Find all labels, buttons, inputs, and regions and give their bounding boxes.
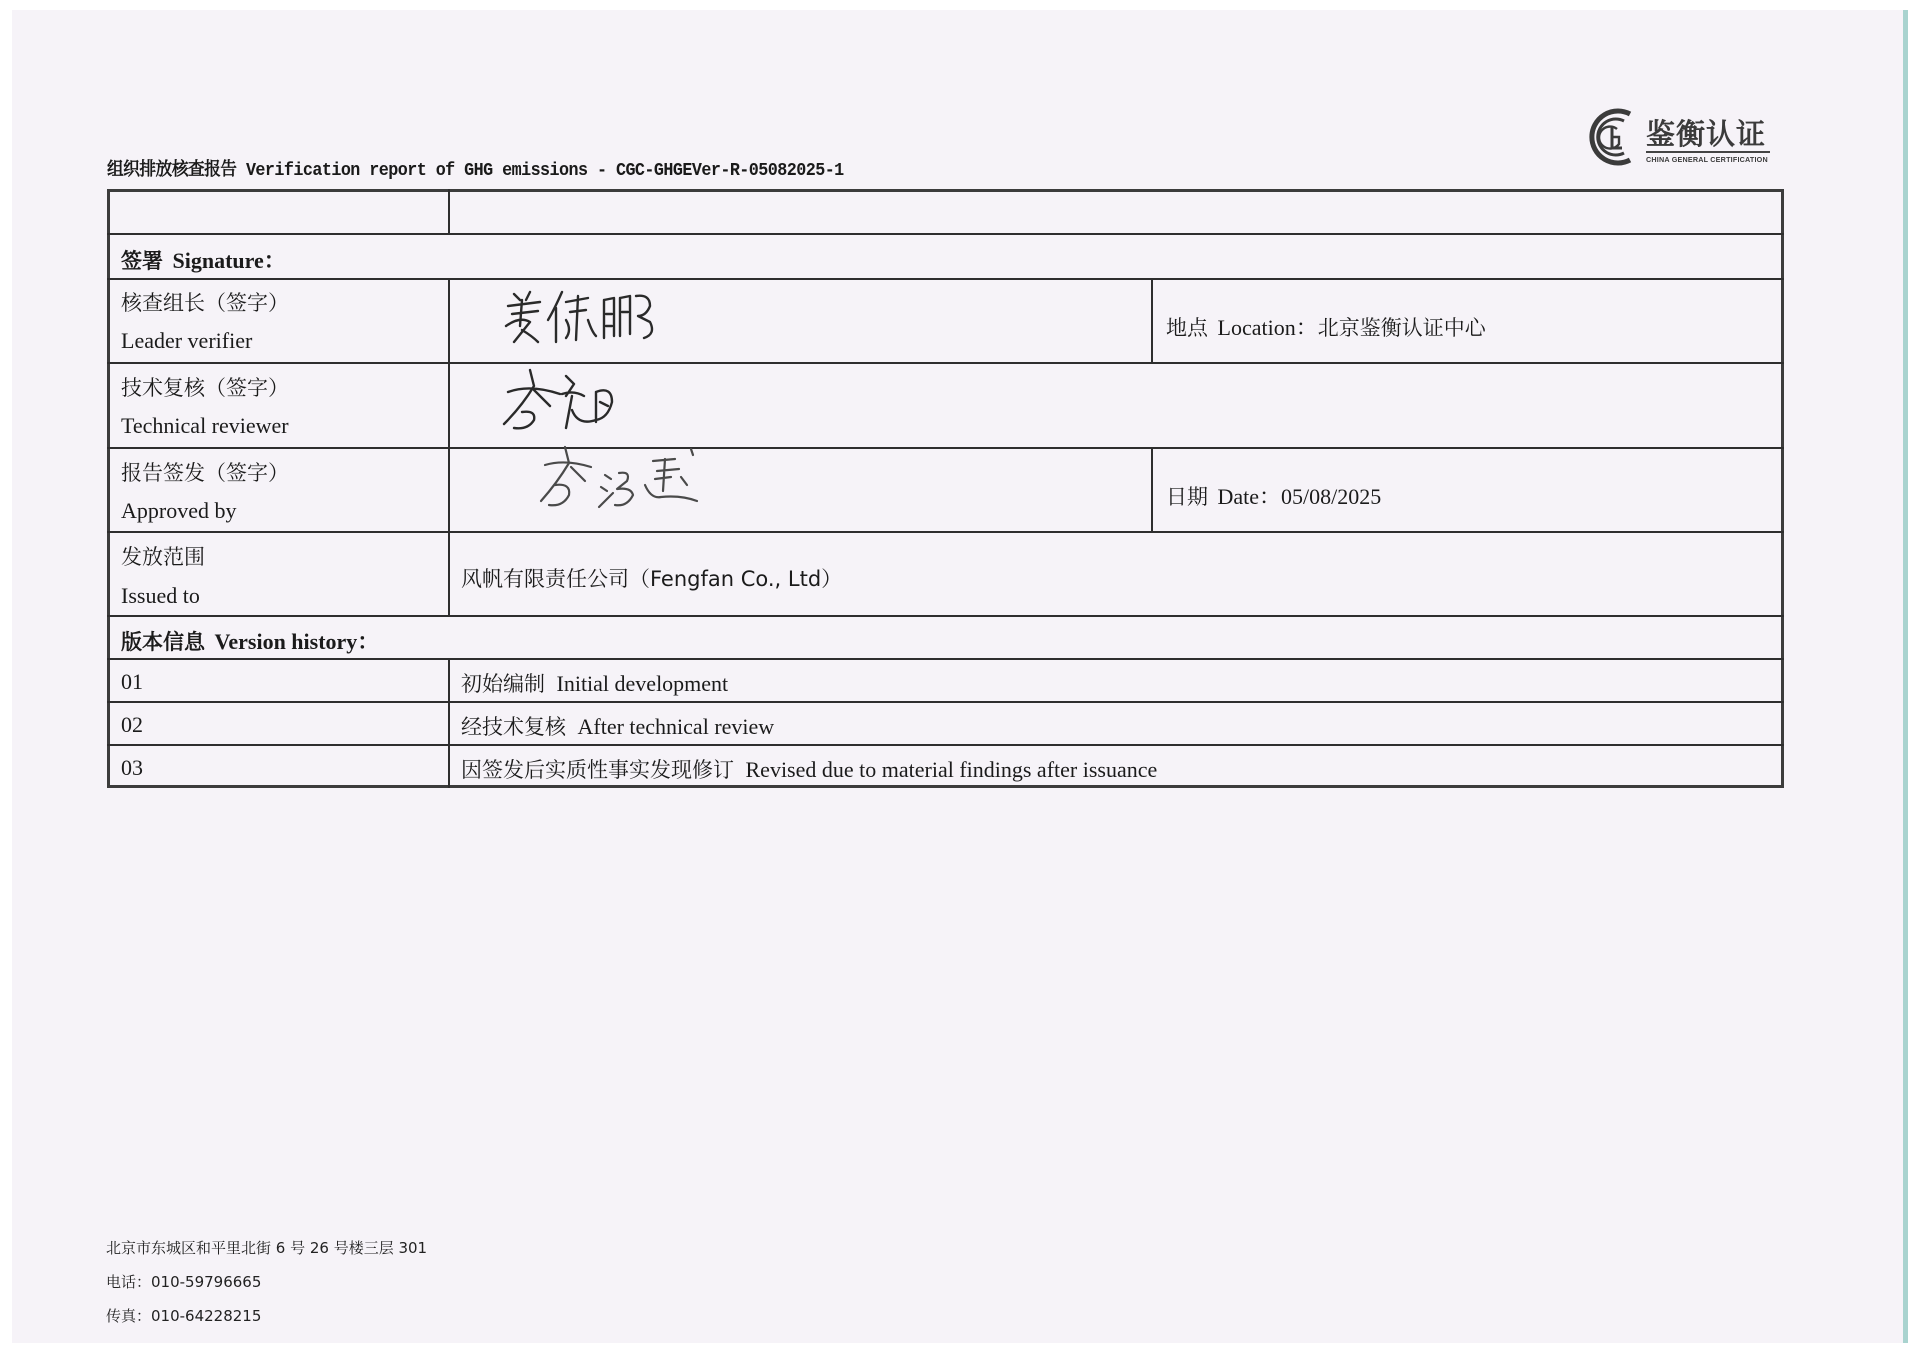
version-description: 经技术复核 After technical review	[461, 711, 774, 741]
column-divider	[448, 189, 450, 234]
technical-reviewer-label-cn: 技术复核（签字）	[121, 372, 289, 402]
row-divider	[107, 744, 1784, 746]
date-label-cn: 日期	[1166, 485, 1208, 509]
version-desc-cn: 因签发后实质性事实发现修订	[461, 758, 734, 782]
version-number: 02	[121, 712, 143, 738]
date-field: 日期 Date：05/08/2025	[1166, 480, 1381, 511]
row-divider	[107, 362, 1784, 364]
logo-divider	[1646, 151, 1770, 153]
leader-verifier-label-en: Leader verifier	[121, 328, 252, 354]
cgc-circle-logo-icon	[1586, 104, 1646, 170]
logo-name-en: CHINA GENERAL CERTIFICATION	[1646, 155, 1768, 164]
location-field: 地点 Location：北京鉴衡认证中心	[1166, 311, 1486, 342]
version-number: 03	[121, 755, 143, 781]
issued-to-label-en: Issued to	[121, 583, 200, 609]
column-divider	[1151, 447, 1153, 532]
signature-section-label-cn: 签署	[121, 249, 163, 273]
footer-phone: 电话：010-59796665	[106, 1271, 261, 1292]
signature-section-title: 签署 Signature：	[121, 244, 286, 275]
document-title: 组织排放核查报告 Verification report of GHG emis…	[107, 155, 844, 181]
version-section-title: 版本信息 Version history：	[121, 625, 379, 656]
date-value: 05/08/2025	[1281, 484, 1381, 509]
row-divider	[107, 658, 1784, 660]
version-description: 初始编制 Initial development	[461, 668, 728, 698]
issued-to-value: 风帆有限责任公司（Fengfan Co., Ltd）	[461, 563, 842, 593]
version-section-label-cn: 版本信息	[121, 630, 205, 654]
technical-reviewer-label-en: Technical reviewer	[121, 413, 289, 439]
row-divider	[107, 447, 1784, 449]
signature-section-label-en: Signature：	[173, 248, 286, 273]
column-divider	[1151, 278, 1153, 363]
column-divider	[448, 658, 450, 788]
row-divider	[107, 531, 1784, 533]
date-label-en: Date：	[1218, 484, 1282, 509]
version-number: 01	[121, 669, 143, 695]
logo-name-cn: 鉴衡认证	[1646, 112, 1766, 153]
footer-address: 北京市东城区和平里北街 6 号 26 号楼三层 301	[106, 1237, 427, 1258]
version-description: 因签发后实质性事实发现修订 Revised due to material fi…	[461, 754, 1157, 784]
version-section-label-en: Version history：	[215, 629, 380, 654]
approved-by-label-cn: 报告签发（签字）	[121, 457, 289, 487]
column-divider	[448, 278, 450, 616]
location-label-en: Location：	[1218, 315, 1318, 340]
row-divider	[107, 278, 1784, 280]
location-value: 北京鉴衡认证中心	[1318, 316, 1486, 340]
issued-to-label-cn: 发放范围	[121, 541, 205, 571]
technical-reviewer-signature	[500, 366, 640, 446]
leader-verifier-signature	[500, 286, 670, 348]
version-desc-en: Initial development	[557, 671, 729, 696]
version-desc-en: Revised due to material findings after i…	[746, 757, 1158, 782]
version-desc-en: After technical review	[578, 714, 775, 739]
page-edge-strip	[1903, 10, 1908, 1343]
version-desc-cn: 初始编制	[461, 672, 545, 696]
leader-verifier-label-cn: 核查组长（签字）	[121, 287, 289, 317]
row-divider	[107, 233, 1784, 235]
approved-by-signature	[535, 445, 715, 515]
approved-by-label-en: Approved by	[121, 498, 236, 524]
location-label-cn: 地点	[1166, 316, 1208, 340]
issued-to-company: 风帆有限责任公司（Fengfan Co., Ltd）	[461, 567, 842, 591]
row-divider	[107, 615, 1784, 617]
footer-fax: 传真：010-64228215	[106, 1305, 261, 1326]
row-divider	[107, 701, 1784, 703]
version-desc-cn: 经技术复核	[461, 715, 566, 739]
company-logo: 鉴衡认证 CHINA GENERAL CERTIFICATION	[1586, 104, 1776, 170]
